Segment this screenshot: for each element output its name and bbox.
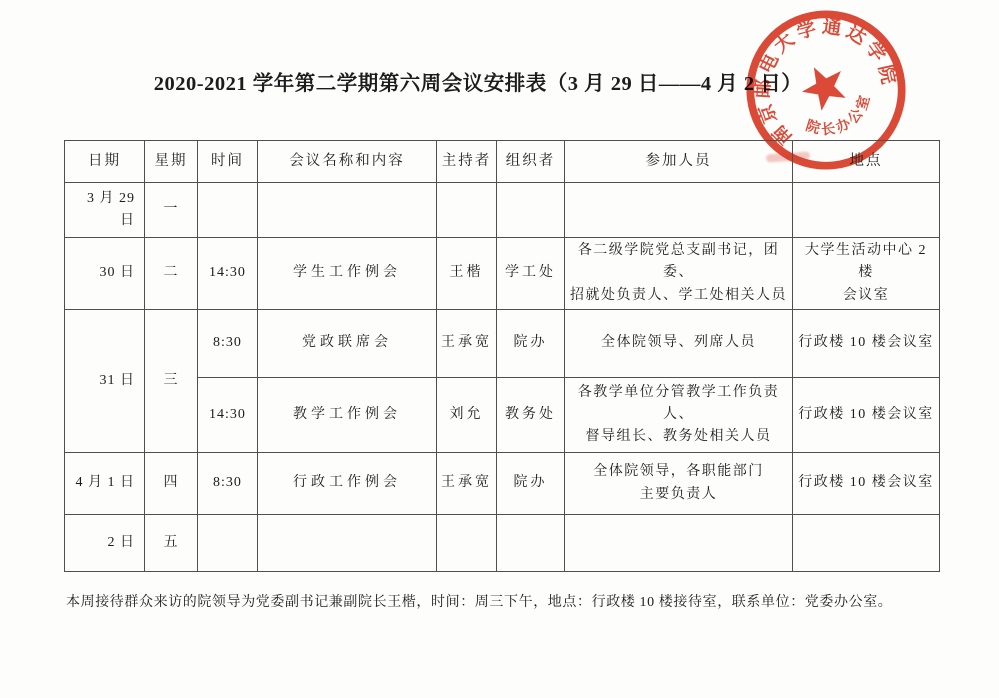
column-header: 主持者: [437, 141, 497, 183]
table-row: 30 日二14:30学生工作例会王楷学工处各二级学院党总支副书记，团委、 招就处…: [65, 238, 940, 310]
table-cell: 各教学单位分管教学工作负责人、 督导组长、教务处相关人员: [565, 378, 793, 453]
table-cell: [497, 183, 565, 238]
table-cell: 院办: [497, 453, 565, 515]
table-cell: 教务处: [497, 378, 565, 453]
table-cell: 一: [145, 183, 198, 238]
table-cell: 全体院领导，各职能部门 主要负责人: [565, 453, 793, 515]
table-row: 4 月 1 日四8:30行政工作例会王承宽院办全体院领导，各职能部门 主要负责人…: [65, 453, 940, 515]
table-cell: [565, 183, 793, 238]
table-cell: 各二级学院党总支副书记，团委、 招就处负责人、学工处相关人员: [565, 238, 793, 310]
table-cell: 8:30: [198, 453, 258, 515]
table-cell: 3 月 29 日: [65, 183, 145, 238]
table-row: 31 日三8:30党政联席会王承宽院办全体院领导、列席人员行政楼 10 楼会议室: [65, 310, 940, 378]
table-cell: 王承宽: [437, 453, 497, 515]
footer-note: 本周接待群众来访的院领导为党委副书记兼副院长王楷，时间：周三下午，地点：行政楼 …: [66, 591, 946, 611]
page-title: 2020-2021 学年第二学期第六周会议安排表（3 月 29 日——4 月 2…: [0, 66, 956, 96]
table-cell: 学工处: [497, 238, 565, 310]
table-cell: 党政联席会: [258, 310, 437, 378]
table-cell: 31 日: [65, 310, 145, 453]
column-header: 星期: [145, 141, 198, 183]
column-header: 参加人员: [565, 141, 793, 183]
table-cell: 行政楼 10 楼会议室: [793, 453, 940, 515]
table-cell: [437, 515, 497, 572]
column-header: 日期: [65, 141, 145, 183]
table-cell: [198, 183, 258, 238]
table-cell: 14:30: [198, 238, 258, 310]
table-cell: 五: [145, 515, 198, 572]
scanned-document-page: 2020-2021 学年第二学期第六周会议安排表（3 月 29 日——4 月 2…: [0, 0, 999, 698]
table-cell: [565, 515, 793, 572]
table-cell: 4 月 1 日: [65, 453, 145, 515]
table-row: 3 月 29 日一: [65, 183, 940, 238]
table-body: 3 月 29 日一30 日二14:30学生工作例会王楷学工处各二级学院党总支副书…: [65, 183, 940, 572]
table-cell: [793, 515, 940, 572]
table-cell: 二: [145, 238, 198, 310]
table-cell: [497, 515, 565, 572]
table-cell: 三: [145, 310, 198, 453]
column-header: 地点: [793, 141, 940, 183]
table-cell: [258, 515, 437, 572]
table-cell: 14:30: [198, 378, 258, 453]
table-cell: [437, 183, 497, 238]
table-cell: 大学生活动中心 2 楼 会议室: [793, 238, 940, 310]
meeting-schedule-table: 日期星期时间会议名称和内容主持者组织者参加人员地点 3 月 29 日一30 日二…: [64, 140, 940, 572]
table-cell: 行政楼 10 楼会议室: [793, 378, 940, 453]
table-cell: 行政工作例会: [258, 453, 437, 515]
table-cell: 教学工作例会: [258, 378, 437, 453]
column-header: 会议名称和内容: [258, 141, 437, 183]
table-cell: 王承宽: [437, 310, 497, 378]
table-cell: [198, 515, 258, 572]
table-cell: 学生工作例会: [258, 238, 437, 310]
table-cell: 2 日: [65, 515, 145, 572]
table-row: 2 日五: [65, 515, 940, 572]
column-header: 组织者: [497, 141, 565, 183]
table-cell: 30 日: [65, 238, 145, 310]
table-cell: 院办: [497, 310, 565, 378]
table-cell: 全体院领导、列席人员: [565, 310, 793, 378]
table-cell: [258, 183, 437, 238]
table-cell: 8:30: [198, 310, 258, 378]
table-cell: 刘允: [437, 378, 497, 453]
table-cell: 王楷: [437, 238, 497, 310]
table-cell: 四: [145, 453, 198, 515]
column-header: 时间: [198, 141, 258, 183]
table-cell: [793, 183, 940, 238]
table-cell: 行政楼 10 楼会议室: [793, 310, 940, 378]
table-header-row: 日期星期时间会议名称和内容主持者组织者参加人员地点: [65, 141, 940, 183]
